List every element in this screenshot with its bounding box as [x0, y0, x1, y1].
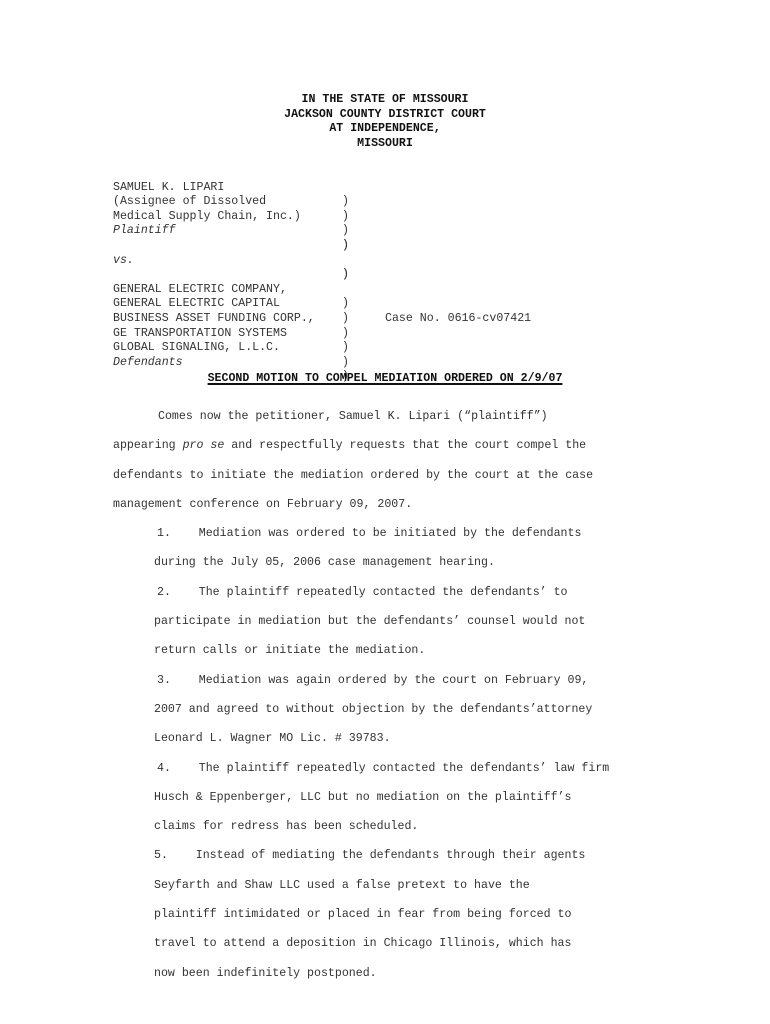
caption-paren: ) — [342, 268, 349, 283]
caption-row: GENERAL ELECTRIC CAPITAL ) — [113, 283, 155, 298]
caption-row: Medical Supply Chain, Inc.) ) — [113, 195, 155, 210]
caption-row: ) — [113, 224, 155, 239]
paragraph-text: Mediation was ordered to be initiated by… — [199, 527, 582, 540]
caption-row: vs. ) — [113, 239, 155, 254]
paragraph-line: return calls or initiate the mediation. — [113, 636, 673, 665]
caption-row: Defendants ) — [113, 341, 155, 356]
paragraph-line: 2007 and agreed to without objection by … — [113, 695, 673, 724]
paragraph-line: Husch & Eppenberger, LLC but no mediatio… — [113, 783, 673, 812]
intro-line: Comes now the petitioner, Samuel K. Lipa… — [113, 402, 673, 431]
caption-paren: ) — [342, 195, 349, 210]
caption-paren: ) — [342, 327, 349, 342]
caption-paren: ) — [342, 341, 349, 356]
caption-row: SAMUEL K. LIPARI ) — [113, 166, 155, 181]
caption-paren: ) — [342, 356, 349, 371]
caption-row: Plaintiff ) — [113, 210, 155, 225]
paragraph-text: The plaintiff repeatedly contacted the d… — [199, 762, 610, 775]
defendants-role: Defendants — [113, 356, 183, 371]
paragraph-line: travel to attend a deposition in Chicago… — [113, 929, 673, 958]
paragraph-1-first-line: 1. Mediation was ordered to be initiated… — [113, 519, 673, 548]
document-title-text: SECOND MOTION TO COMPEL MEDIATION ORDERE… — [208, 372, 563, 385]
paragraph-line: Seyfarth and Shaw LLC used a false prete… — [113, 871, 673, 900]
paragraph-line: now been indefinitely postponed. — [113, 959, 673, 988]
paragraph-3-first-line: 3. Mediation was again ordered by the co… — [113, 666, 673, 695]
pro-se-text: pro se — [183, 439, 225, 452]
paragraph-text: Mediation was again ordered by the court… — [199, 674, 589, 687]
paragraph-line: participate in mediation but the defenda… — [113, 607, 673, 636]
paragraph-number: 3. — [157, 674, 171, 687]
caption-row: GENERAL ELECTRIC COMPANY, ) Case No. 061… — [113, 268, 155, 283]
paragraph-line: claims for redress has been scheduled. — [113, 812, 673, 841]
document-title: SECOND MOTION TO COMPEL MEDIATION ORDERE… — [0, 372, 770, 385]
paragraph-number: 4. — [157, 762, 171, 775]
paragraph-text: Instead of mediating the defendants thro… — [196, 849, 586, 862]
case-caption: SAMUEL K. LIPARI ) (Assignee of Dissolve… — [113, 166, 155, 356]
paragraph-line: plaintiff intimidated or placed in fear … — [113, 900, 673, 929]
paragraph-line: Leonard L. Wagner MO Lic. # 39783. — [113, 724, 673, 753]
intro-text: and respectfully requests that the court… — [224, 439, 586, 452]
court-header-line: JACKSON COUNTY DISTRICT COURT — [0, 108, 770, 123]
caption-paren: ) — [342, 224, 349, 239]
caption-paren: ) — [342, 210, 349, 225]
case-number: Case No. 0616-cv07421 — [385, 312, 531, 327]
court-header-line: IN THE STATE OF MISSOURI — [0, 93, 770, 108]
caption-row: GE TRANSPORTATION SYSTEMS ) — [113, 312, 155, 327]
paragraph-line: during the July 05, 2006 case management… — [113, 548, 673, 577]
paragraph-number: 5. — [154, 849, 168, 862]
document-body: Comes now the petitioner, Samuel K. Lipa… — [113, 402, 673, 988]
paragraph-2-first-line: 2. The plaintiff repeatedly contacted th… — [113, 578, 673, 607]
court-header: IN THE STATE OF MISSOURI JACKSON COUNTY … — [0, 93, 770, 151]
caption-row: BUSINESS ASSET FUNDING CORP., ) — [113, 297, 155, 312]
caption-paren: ) — [342, 239, 349, 254]
paragraph-number: 1. — [157, 527, 171, 540]
caption-paren: ) — [342, 312, 349, 327]
court-header-line: AT INDEPENDENCE, — [0, 122, 770, 137]
paragraph-text: The plaintiff repeatedly contacted the d… — [199, 586, 568, 599]
intro-line: defendants to initiate the mediation ord… — [113, 461, 673, 490]
court-header-line: MISSOURI — [0, 137, 770, 152]
caption-row: ) — [113, 254, 155, 269]
intro-line: management conference on February 09, 20… — [113, 490, 673, 519]
paragraph-5-first-line: 5. Instead of mediating the defendants t… — [113, 841, 673, 870]
paragraph-number: 2. — [157, 586, 171, 599]
intro-line: appearing pro se and respectfully reques… — [113, 431, 673, 460]
paragraph-4-first-line: 4. The plaintiff repeatedly contacted th… — [113, 754, 673, 783]
caption-row: (Assignee of Dissolved ) — [113, 181, 155, 196]
intro-text: appearing — [113, 439, 183, 452]
caption-paren: ) — [342, 297, 349, 312]
document-page: IN THE STATE OF MISSOURI JACKSON COUNTY … — [0, 0, 770, 1024]
caption-row: GLOBAL SIGNALING, L.L.C. ) — [113, 327, 155, 342]
